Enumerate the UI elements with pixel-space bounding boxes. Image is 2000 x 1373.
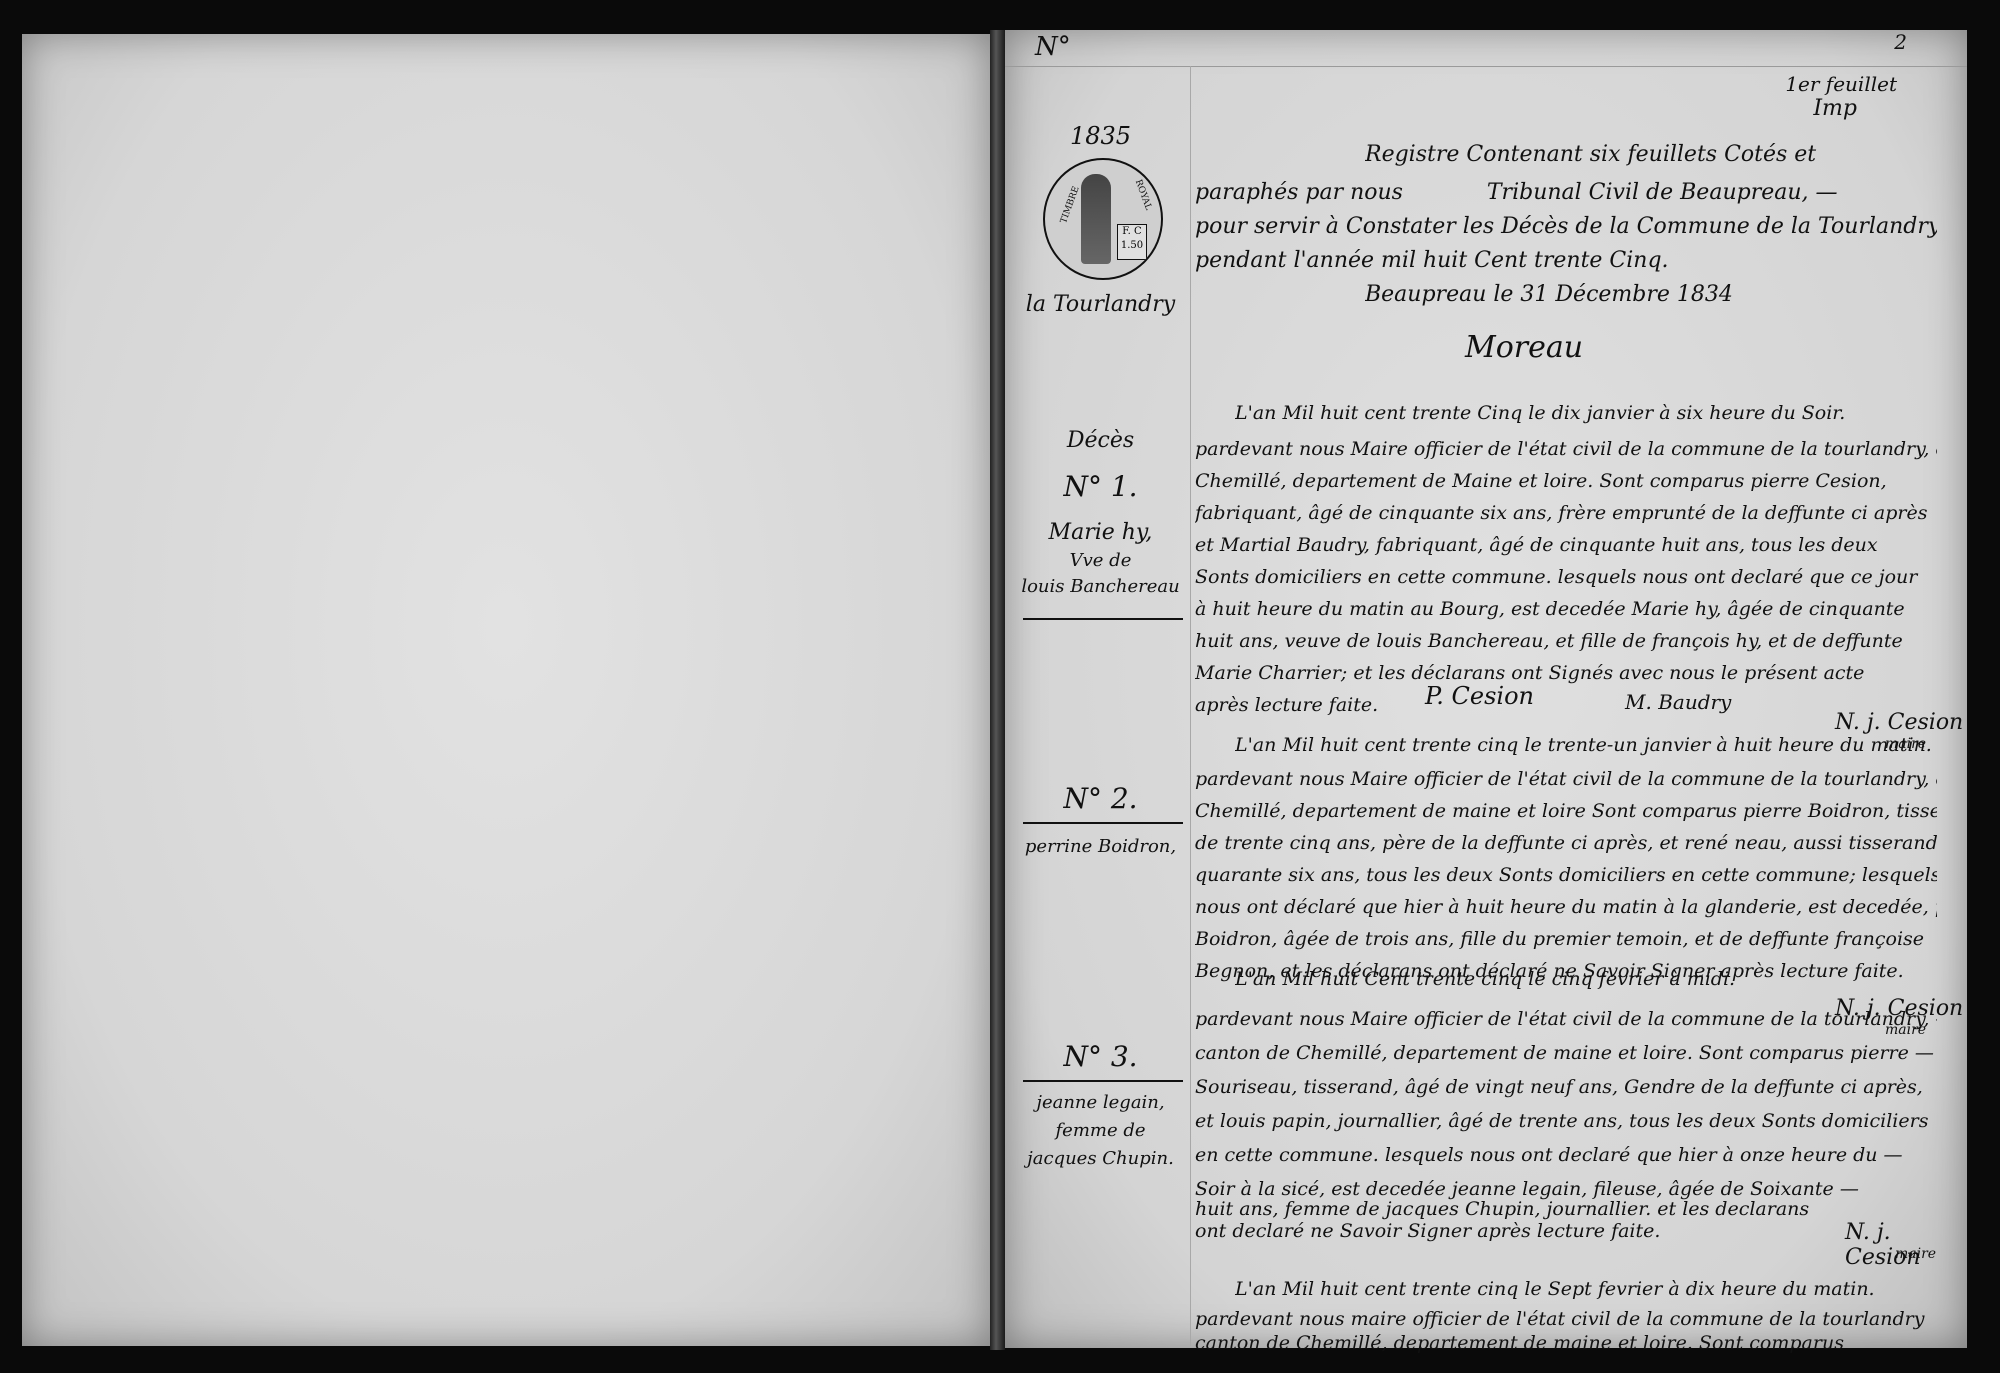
stamp-text-left: TIMBRE bbox=[1059, 185, 1082, 225]
tribunal-signature: Moreau bbox=[1465, 330, 1583, 365]
stamp-price: F. C 1.50 bbox=[1117, 224, 1147, 260]
entry-section-title: Décès bbox=[1013, 428, 1188, 453]
entry-line: Chemillé, departement de maine et loire … bbox=[1195, 800, 1937, 822]
entry-line: L'an Mil huit cent trente cinq le trente… bbox=[1235, 734, 1937, 756]
entry-divider bbox=[1023, 822, 1183, 824]
royal-tax-stamp: TIMBRE ROYAL F. C 1.50 bbox=[1043, 158, 1163, 280]
entry-line: et Martial Baudry, fabriquant, âgé de ci… bbox=[1195, 534, 1937, 556]
entry-number: N° 2. bbox=[1013, 782, 1188, 815]
entry-line: pardevant nous Maire officier de l'état … bbox=[1195, 1008, 1937, 1030]
entry-deceased-name: femme de bbox=[1013, 1120, 1188, 1141]
mayor-signature: N. j. Cesion bbox=[1835, 710, 1963, 735]
entry-line: Souriseau, tisserand, âgé de vingt neuf … bbox=[1195, 1076, 1937, 1098]
entry-line: L'an Mil huit Cent trente cinq le cinq f… bbox=[1235, 968, 1937, 990]
entry-line: canton de Chemillé, departement de maine… bbox=[1195, 1332, 1937, 1354]
entry-line: Marie Charrier; et les déclarans ont Sig… bbox=[1195, 662, 1937, 684]
folio-label: 1er feuillet bbox=[1785, 72, 1897, 96]
entry-line: et louis papin, journallier, âgé de tren… bbox=[1195, 1110, 1937, 1132]
entry-line: en cette commune. lesquels nous ont decl… bbox=[1195, 1144, 1937, 1166]
entry-line: après lecture faite. bbox=[1195, 694, 1937, 716]
entry-line: nous ont déclaré que hier à huit heure d… bbox=[1195, 896, 1937, 918]
margin-rule bbox=[1190, 66, 1191, 1346]
entry-divider bbox=[1023, 1080, 1183, 1082]
page-number: 2 bbox=[1894, 30, 1907, 54]
page-header: N° 2 bbox=[1005, 30, 1967, 67]
stamp-price-unit: F. C bbox=[1118, 225, 1146, 239]
entry-line: quarante six ans, tous les deux Sonts do… bbox=[1195, 864, 1937, 886]
entry-line: fabriquant, âgé de cinquante six ans, fr… bbox=[1195, 502, 1937, 524]
stamp-figure-icon bbox=[1081, 174, 1111, 264]
entry-line: à huit heure du matin au Bourg, est dece… bbox=[1195, 598, 1937, 620]
witness-signature: M. Baudry bbox=[1625, 690, 1731, 714]
folio-initials: Imp bbox=[1813, 96, 1857, 121]
preamble-line: Registre Contenant six feuillets Cotés e… bbox=[1365, 142, 1937, 167]
stamp-text-right: ROYAL bbox=[1133, 178, 1153, 211]
entry-line: Chemillé, departement de Maine et loire.… bbox=[1195, 470, 1937, 492]
year-label: 1835 bbox=[1070, 122, 1131, 150]
witness-signature: P. Cesion bbox=[1425, 682, 1534, 710]
entry-line: Boidron, âgée de trois ans, fille du pre… bbox=[1195, 928, 1937, 950]
entry-deceased-name: Vve de bbox=[1013, 550, 1188, 571]
entry-line: pardevant nous maire officier de l'état … bbox=[1195, 1308, 1937, 1330]
entry-number: N° 3. bbox=[1013, 1040, 1188, 1073]
entry-line: huit ans, femme de jacques Chupin, journ… bbox=[1195, 1198, 1937, 1220]
entry-divider bbox=[1023, 618, 1183, 620]
preamble-date: Beaupreau le 31 Décembre 1834 bbox=[1365, 282, 1937, 307]
mayor-title: maire bbox=[1895, 1246, 1936, 1262]
entry-line: pardevant nous Maire officier de l'état … bbox=[1195, 768, 1937, 790]
preamble-line: pendant l'année mil huit Cent trente Cin… bbox=[1195, 248, 1937, 273]
entry-line: L'an Mil huit cent trente Cinq le dix ja… bbox=[1235, 402, 1937, 424]
entry-line: Soir à la sicé, est decedée jeanne legai… bbox=[1195, 1178, 1937, 1200]
commune-name: la Tourlandry bbox=[1013, 292, 1188, 317]
entry-line: de trente cinq ans, père de la deffunte … bbox=[1195, 832, 1937, 854]
entry-deceased-name: jeanne legain, bbox=[1013, 1092, 1188, 1113]
entry-line: ont declaré ne Savoir Signer après lectu… bbox=[1195, 1220, 1937, 1242]
entry-line: pardevant nous Maire officier de l'état … bbox=[1195, 438, 1937, 460]
preamble-line: pour servir à Constater les Décès de la … bbox=[1195, 214, 1937, 239]
entry-line: L'an Mil huit cent trente cinq le Sept f… bbox=[1235, 1278, 1937, 1300]
entry-line: Sonts domiciliers en cette commune. lesq… bbox=[1195, 566, 1937, 588]
entry-number: N° 1. bbox=[1013, 470, 1188, 503]
entry-line: huit ans, veuve de louis Banchereau, et … bbox=[1195, 630, 1937, 652]
entry-deceased-name: jacques Chupin. bbox=[1013, 1148, 1188, 1169]
header-number-label: N° bbox=[1035, 32, 1071, 62]
right-page: N° 2 1er feuillet Imp 1835 TIMBRE ROYAL … bbox=[1005, 30, 1967, 1348]
book-spine bbox=[990, 30, 1005, 1350]
preamble-line: paraphés par nous Tribunal Civil de Beau… bbox=[1195, 180, 1937, 205]
mayor-signature: N. j. Cesion bbox=[1845, 1220, 1967, 1270]
entry-deceased-name: Marie hy, bbox=[1013, 520, 1188, 545]
entry-deceased-name: louis Banchereau bbox=[1013, 576, 1188, 597]
entry-line: canton de Chemillé, departement de maine… bbox=[1195, 1042, 1937, 1064]
entry-deceased-name: perrine Boidron, bbox=[1013, 836, 1188, 857]
left-page-blank bbox=[22, 34, 993, 1346]
stamp-price-value: 1.50 bbox=[1118, 239, 1146, 253]
